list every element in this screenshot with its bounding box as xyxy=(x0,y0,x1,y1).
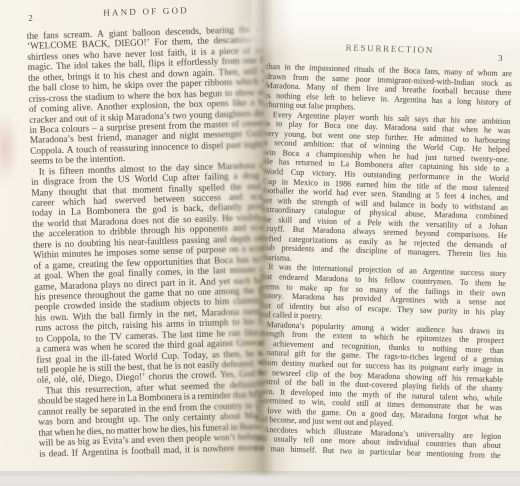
left-page-number: 2 xyxy=(28,13,33,23)
left-page-header: 2 HAND OF GOD xyxy=(26,3,266,23)
open-book-photo: 2 HAND OF GOD thefansscream.Agiantballoo… xyxy=(0,0,520,486)
left-page: 2 HAND OF GOD thefansscream.Agiantballoo… xyxy=(0,0,263,474)
right-page-content: RESURRECTION 3 thanintheimpassionedritua… xyxy=(255,40,513,461)
right-page-number: 3 xyxy=(498,53,503,63)
right-running-header: RESURRECTION xyxy=(267,40,513,57)
right-page-text: thanintheimpassionedritualsoftheBocafans… xyxy=(255,62,513,461)
right-page-header: RESURRECTION 3 xyxy=(267,40,513,60)
right-page: RESURRECTION 3 thanintheimpassionedritua… xyxy=(263,0,520,476)
left-running-header: HAND OF GOD xyxy=(26,3,266,20)
left-page-content: 2 HAND OF GOD thefansscream.Agiantballoo… xyxy=(26,3,279,460)
left-page-text: thefansscream.Agiantballoondescends,bear… xyxy=(27,25,280,460)
